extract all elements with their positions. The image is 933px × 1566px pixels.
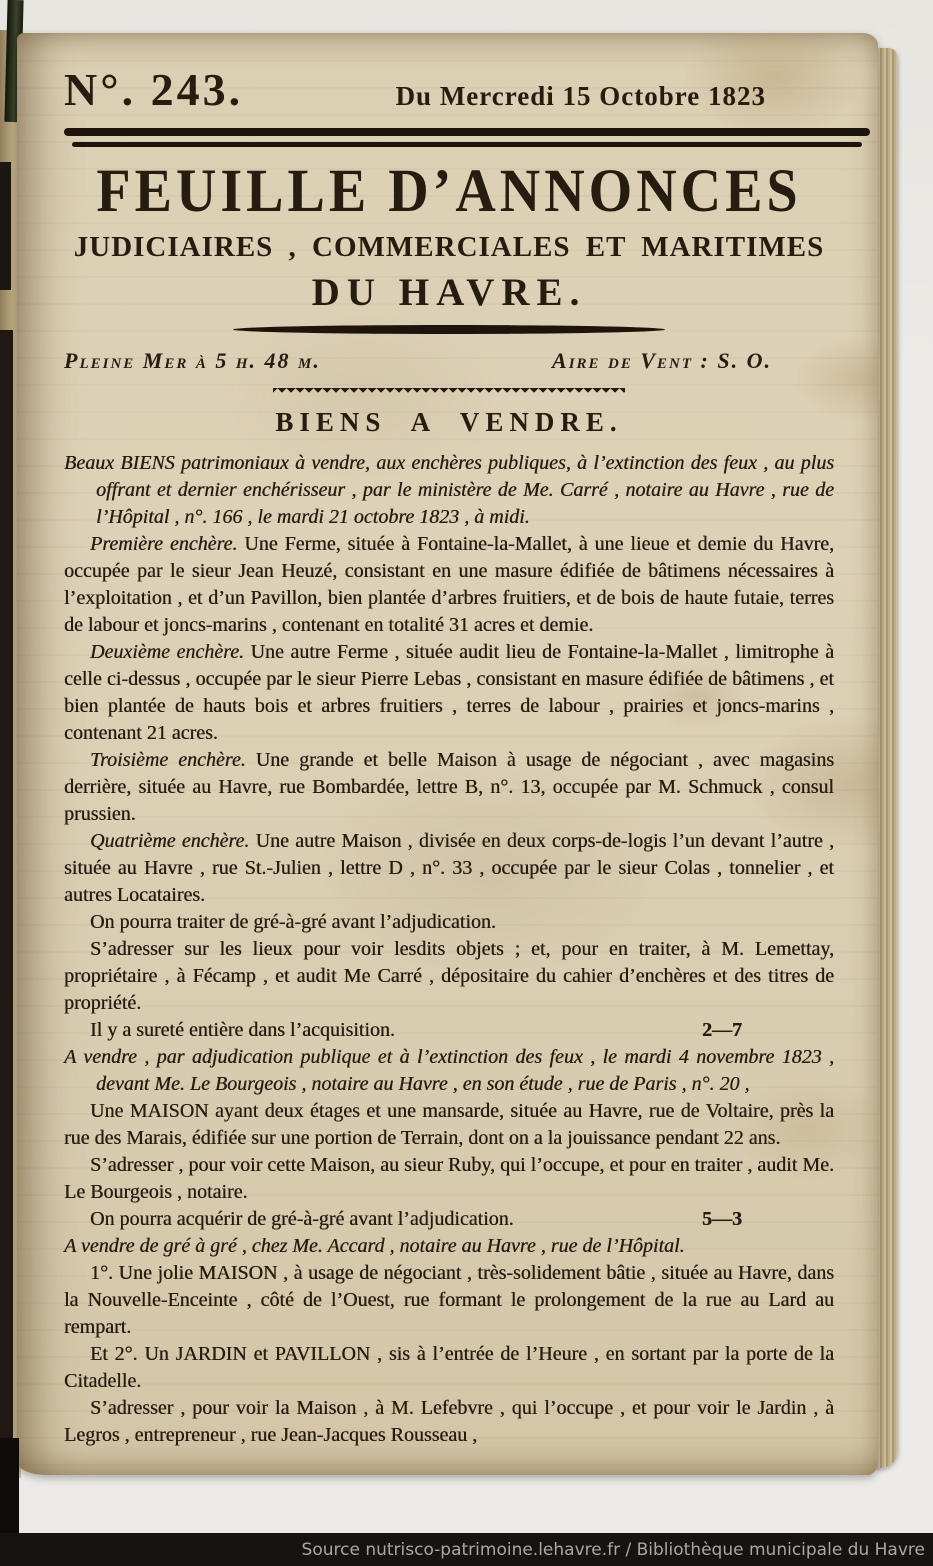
paragraph: Et 2°. Un JARDIN et PAVILLON , sis à l’e…: [64, 1341, 834, 1395]
zigzag-divider: [273, 388, 625, 397]
section-heading: BIENS A VENDRE.: [64, 407, 834, 438]
paragraph: 1°. Une jolie MAISON , à usage de négoci…: [64, 1260, 834, 1341]
previous-page-frame: [0, 162, 11, 290]
newspaper-page-scan: N°. 243. Du Mercredi 15 Octobre 1823 FEU…: [17, 33, 878, 1475]
source-credit: Source nutrisco-patrimoine.lehavre.fr / …: [302, 1540, 925, 1560]
previous-page-frame: [0, 330, 13, 1470]
paragraph: Beaux BIENS patrimoniaux à vendre, aux e…: [64, 450, 834, 531]
page-content: N°. 243. Du Mercredi 15 Octobre 1823 FEU…: [17, 33, 878, 1449]
paragraph: S’adresser sur les lieux pour voir lesdi…: [64, 936, 834, 1017]
book-cover-corner: [0, 1438, 19, 1535]
paragraph: Deuxième enchère. Une autre Ferme , situ…: [64, 639, 834, 747]
tide-time: Pleine Mer à 5 h. 48 m.: [64, 348, 321, 374]
paragraph: S’adresser , pour voir la Maison , à M. …: [64, 1395, 834, 1449]
masthead-title: FEUILLE D’ANNONCES: [64, 156, 834, 226]
date-line: Du Mercredi 15 Octobre 1823: [396, 81, 766, 112]
swelled-rule: [233, 325, 665, 334]
double-rule: [64, 128, 870, 147]
masthead-city: DU HAVRE.: [64, 270, 834, 315]
footer-bar: Source nutrisco-patrimoine.lehavre.fr / …: [0, 1533, 933, 1566]
paragraph: A vendre de gré à gré , chez Me. Accard …: [64, 1233, 834, 1260]
insertion-marker: 5—3: [702, 1206, 742, 1233]
paragraph: Une MAISON ayant deux étages et une mans…: [64, 1098, 834, 1152]
paragraph: A vendre , par adjudication publique et …: [64, 1044, 834, 1098]
wind-direction: Aire de Vent : S. O.: [552, 348, 834, 374]
masthead: FEUILLE D’ANNONCES JUDICIAIRES , COMMERC…: [64, 159, 834, 334]
paragraph: On pourra acquérir de gré-à-gré avant l’…: [64, 1206, 834, 1233]
paragraph: Quatrième enchère. Une autre Maison , di…: [64, 828, 834, 909]
paragraph: Première enchère. Une Ferme, située à Fo…: [64, 531, 834, 639]
paragraph: Troisième enchère. Une grande et belle M…: [64, 747, 834, 828]
paragraph: Il y a sureté entière dans l’acquisition…: [64, 1017, 834, 1044]
paragraph: On pourra traiter de gré-à-gré avant l’a…: [64, 909, 834, 936]
masthead-subtitle: JUDICIAIRES , COMMERCIALES ET MARITIMES: [64, 231, 834, 264]
page-header: N°. 243. Du Mercredi 15 Octobre 1823: [64, 63, 834, 116]
issue-number: N°. 243.: [64, 63, 243, 116]
tide-wind-line: Pleine Mer à 5 h. 48 m. Aire de Vent : S…: [64, 348, 834, 374]
paragraph: S’adresser , pour voir cette Maison, au …: [64, 1152, 834, 1206]
article-body: Beaux BIENS patrimoniaux à vendre, aux e…: [64, 450, 834, 1449]
insertion-marker: 2—7: [702, 1017, 742, 1044]
